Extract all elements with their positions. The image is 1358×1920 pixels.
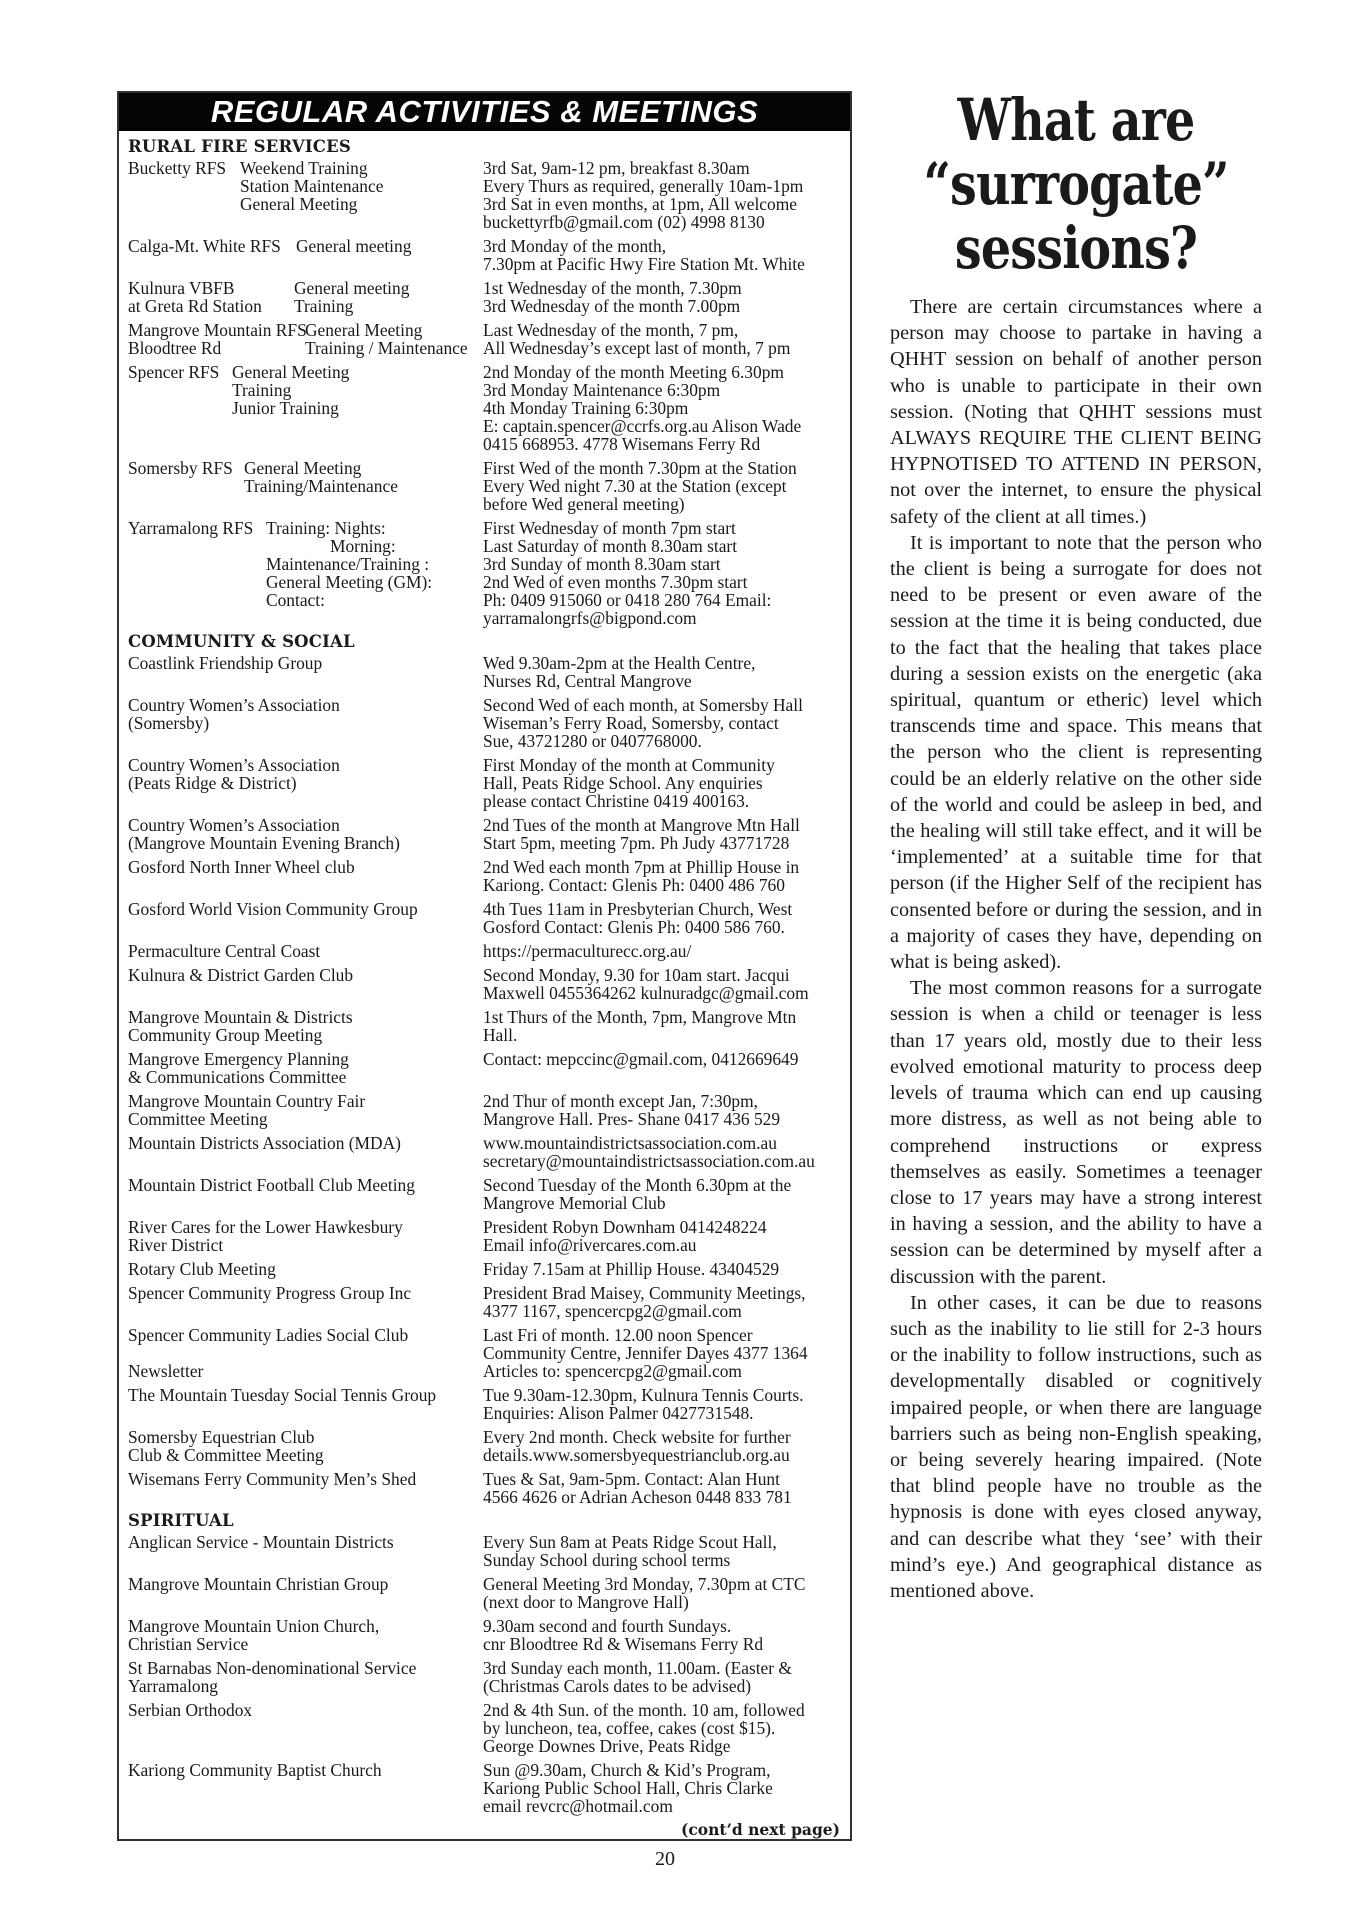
rfs-details: Last Wednesday of the month, 7 pm,All We… xyxy=(483,321,840,357)
listing-name: Gosford World Vision Community Group xyxy=(128,900,483,936)
detail: (Christmas Carols dates to be advised) xyxy=(483,1677,840,1695)
listing-name: Kulnura & District Garden Club xyxy=(128,966,483,1002)
detail: 3rd Wednesday of the month 7.00pm xyxy=(483,297,840,315)
name-line: (Mangrove Mountain Evening Branch) xyxy=(128,834,483,852)
listing-row: Kariong Community Baptist ChurchSun @9.3… xyxy=(128,1761,840,1815)
name-line: Kulnura & District Garden Club xyxy=(128,966,483,984)
listing-name: Country Women’s Association(Mangrove Mou… xyxy=(128,816,483,852)
detail: Friday 7.15am at Phillip House. 43404529 xyxy=(483,1260,840,1278)
listing-details: Sun @9.30am, Church & Kid’s Program,Kari… xyxy=(483,1761,840,1815)
rfs-activities: General MeetingTrainingJunior Training xyxy=(232,363,349,453)
detail: Enquiries: Alison Palmer 0427731548. xyxy=(483,1404,840,1422)
article-paragraph: There are certain circumstances where a … xyxy=(890,294,1262,530)
detail: E: captain.spencer@ccrfs.org.au Alison W… xyxy=(483,417,840,435)
listing-row: Spencer Community Progress Group IncPres… xyxy=(128,1284,840,1320)
detail: Last Wednesday of the month, 7 pm, xyxy=(483,321,840,339)
rfs-activities: Training: Nights:Morning:Maintenance/Tra… xyxy=(266,519,432,627)
rfs-left: Yarramalong RFSTraining: Nights:Morning:… xyxy=(128,519,483,627)
name-line: Mangrove Emergency Planning xyxy=(128,1050,483,1068)
name-line: Wisemans Ferry Community Men’s Shed xyxy=(128,1470,483,1488)
article-paragraph: In other cases, it can be due to reasons… xyxy=(890,1290,1262,1604)
detail: Maxwell 0455364262 kulnuradgc@gmail.com xyxy=(483,984,840,1002)
name-line: Mangrove Mountain Christian Group xyxy=(128,1575,483,1593)
rfs-left: Somersby RFSGeneral MeetingTraining/Main… xyxy=(128,459,483,513)
detail: www.mountaindistrictsassociation.com.au xyxy=(483,1134,840,1152)
activity: Contact: xyxy=(266,591,432,609)
rfs-row: Yarramalong RFSTraining: Nights:Morning:… xyxy=(128,519,840,627)
detail: Email info@rivercares.com.au xyxy=(483,1236,840,1254)
name-line: Newsletter xyxy=(128,1362,483,1380)
detail: before Wed general meeting) xyxy=(483,495,840,513)
listing-name: Country Women’s Association(Somersby) xyxy=(128,696,483,750)
listing-details: President Brad Maisey, Community Meeting… xyxy=(483,1284,840,1320)
listing-row: Serbian Orthodox2nd & 4th Sun. of the mo… xyxy=(128,1701,840,1755)
detail: 2nd Wed of even months 7.30pm start xyxy=(483,573,840,591)
detail: Second Wed of each month, at Somersby Ha… xyxy=(483,696,840,714)
activity: General Meeting xyxy=(240,195,383,213)
org-name: Somersby RFS xyxy=(128,459,244,477)
detail: 7.30pm at Pacific Hwy Fire Station Mt. W… xyxy=(483,255,840,273)
org-name: Kulnura VBFB xyxy=(128,279,294,297)
detail: 3rd Sunday of month 8.30am start xyxy=(483,555,840,573)
detail: Wed 9.30am-2pm at the Health Centre, xyxy=(483,654,840,672)
detail: General Meeting 3rd Monday, 7.30pm at CT… xyxy=(483,1575,840,1593)
activity: Training: Nights: xyxy=(266,519,432,537)
listing-row: The Mountain Tuesday Social Tennis Group… xyxy=(128,1386,840,1422)
name-line: River District xyxy=(128,1236,483,1254)
detail: Last Saturday of month 8.30am start xyxy=(483,537,840,555)
name-line: & Communications Committee xyxy=(128,1068,483,1086)
detail: Second Monday, 9.30 for 10am start. Jacq… xyxy=(483,966,840,984)
article-paragraph: The most common reasons for a surrogate … xyxy=(890,975,1262,1289)
detail: Start 5pm, meeting 7pm. Ph Judy 43771728 xyxy=(483,834,840,852)
article: What are“surrogate”sessions? There are c… xyxy=(890,82,1262,1604)
listing-row: Coastlink Friendship GroupWed 9.30am-2pm… xyxy=(128,654,840,690)
listing-row: Rotary Club MeetingFriday 7.15am at Phil… xyxy=(128,1260,840,1278)
listing-name: River Cares for the Lower HawkesburyRive… xyxy=(128,1218,483,1254)
activity: Training/Maintenance xyxy=(244,477,398,495)
org-name: Spencer RFS xyxy=(128,363,232,381)
name-line: Country Women’s Association xyxy=(128,756,483,774)
listing-row: Spencer Community Ladies Social Club New… xyxy=(128,1326,840,1380)
listing-name: Mangrove Mountain Country FairCommittee … xyxy=(128,1092,483,1128)
page-number: 20 xyxy=(655,1848,675,1871)
detail: 4377 1167, spencercpg2@gmail.com xyxy=(483,1302,840,1320)
listing-details: Last Fri of month. 12.00 noon SpencerCom… xyxy=(483,1326,840,1380)
box-header: REGULAR ACTIVITIES & MEETINGS xyxy=(119,93,850,131)
detail: 3rd Monday Maintenance 6:30pm xyxy=(483,381,840,399)
listing-details: 2nd & 4th Sun. of the month. 10 am, foll… xyxy=(483,1701,840,1755)
name-line: Mountain Districts Association (MDA) xyxy=(128,1134,483,1152)
detail: 4th Monday Training 6:30pm xyxy=(483,399,840,417)
rfs-left: Spencer RFSGeneral MeetingTrainingJunior… xyxy=(128,363,483,453)
detail: Sue, 43721280 or 0407768000. xyxy=(483,732,840,750)
rfs-row: Spencer RFSGeneral MeetingTrainingJunior… xyxy=(128,363,840,453)
detail: Hall. xyxy=(483,1026,840,1044)
listing-row: Kulnura & District Garden ClubSecond Mon… xyxy=(128,966,840,1002)
rfs-org: Calga-Mt. White RFS xyxy=(128,237,296,273)
name-line xyxy=(128,1344,483,1362)
detail: Nurses Rd, Central Mangrove xyxy=(483,672,840,690)
detail: Sunday School during school terms xyxy=(483,1551,840,1569)
title-line: sessions? xyxy=(923,216,1228,280)
name-line: Spencer Community Ladies Social Club xyxy=(128,1326,483,1344)
listing-name: Mountain District Football Club Meeting xyxy=(128,1176,483,1212)
activity: General Meeting (GM): xyxy=(266,573,432,591)
detail: Last Fri of month. 12.00 noon Spencer xyxy=(483,1326,840,1344)
activity: Morning: xyxy=(266,537,432,555)
detail: yarramalongrfs@bigpond.com xyxy=(483,609,840,627)
rfs-details: 2nd Monday of the month Meeting 6.30pm3r… xyxy=(483,363,840,453)
listing-row: Mangrove Mountain & DistrictsCommunity G… xyxy=(128,1008,840,1044)
rfs-row: Bucketty RFSWeekend TrainingStation Main… xyxy=(128,159,840,231)
listing-name: Mangrove Mountain Christian Group xyxy=(128,1575,483,1611)
detail: 2nd Thur of month except Jan, 7:30pm, xyxy=(483,1092,840,1110)
detail: 2nd Tues of the month at Mangrove Mtn Ha… xyxy=(483,816,840,834)
activity: General meeting xyxy=(294,279,409,297)
detail: email revcrc@hotmail.com xyxy=(483,1797,840,1815)
name-line: Rotary Club Meeting xyxy=(128,1260,483,1278)
name-line: Mangrove Mountain Country Fair xyxy=(128,1092,483,1110)
title-line: What are xyxy=(923,88,1228,152)
listing-row: Mountain District Football Club MeetingS… xyxy=(128,1176,840,1212)
name-line: Christian Service xyxy=(128,1635,483,1653)
name-line: Somersby Equestrian Club xyxy=(128,1428,483,1446)
rfs-left: Mangrove Mountain RFSBloodtree RdGeneral… xyxy=(128,321,483,357)
listing-name: St Barnabas Non-denominational ServiceYa… xyxy=(128,1659,483,1695)
section-title: RURAL FIRE SERVICES xyxy=(128,138,840,156)
listing-name: Country Women’s Association(Peats Ridge … xyxy=(128,756,483,810)
detail: 1st Thurs of the Month, 7pm, Mangrove Mt… xyxy=(483,1008,840,1026)
activity: General Meeting xyxy=(232,363,349,381)
name-line: Country Women’s Association xyxy=(128,816,483,834)
detail: 3rd Sat in even months, at 1pm, All welc… xyxy=(483,195,840,213)
detail: 2nd Monday of the month Meeting 6.30pm xyxy=(483,363,840,381)
rfs-row: Somersby RFSGeneral MeetingTraining/Main… xyxy=(128,459,840,513)
rfs-activities: Weekend TrainingStation MaintenanceGener… xyxy=(240,159,383,231)
activity: Weekend Training xyxy=(240,159,383,177)
detail: buckettyrfb@gmail.com (02) 4998 8130 xyxy=(483,213,840,231)
name-line: Community Group Meeting xyxy=(128,1026,483,1044)
listing-details: Tue 9.30am-12.30pm, Kulnura Tennis Court… xyxy=(483,1386,840,1422)
listing-name: The Mountain Tuesday Social Tennis Group xyxy=(128,1386,483,1422)
section-title: SPIRITUAL xyxy=(128,1512,840,1530)
listing-row: Country Women’s Association(Somersby)Sec… xyxy=(128,696,840,750)
listing-details: 1st Thurs of the Month, 7pm, Mangrove Mt… xyxy=(483,1008,840,1044)
name-line: Anglican Service - Mountain Districts xyxy=(128,1533,483,1551)
rfs-row: Kulnura VBFBat Greta Rd StationGeneral m… xyxy=(128,279,840,315)
listing-row: Gosford North Inner Wheel club2nd Wed ea… xyxy=(128,858,840,894)
article-body: There are certain circumstances where a … xyxy=(890,294,1262,1604)
detail: https://permaculturecc.org.au/ xyxy=(483,942,840,960)
listing-name: Serbian Orthodox xyxy=(128,1701,483,1755)
listing-details: 3rd Sunday each month, 11.00am. (Easter … xyxy=(483,1659,840,1695)
box-body: RURAL FIRE SERVICESBucketty RFSWeekend T… xyxy=(119,131,850,1839)
activity: Training / Maintenance xyxy=(305,339,468,357)
detail: Every 2nd month. Check website for furth… xyxy=(483,1428,840,1446)
detail: Kariong Public School Hall, Chris Clarke xyxy=(483,1779,840,1797)
org-name: Bucketty RFS xyxy=(128,159,240,177)
listing-details: Wed 9.30am-2pm at the Health Centre,Nurs… xyxy=(483,654,840,690)
detail: Wiseman’s Ferry Road, Somersby, contact xyxy=(483,714,840,732)
activity: Training xyxy=(294,297,409,315)
continued-note: (cont’d next page) xyxy=(128,1821,840,1839)
detail: 2nd Wed each month 7pm at Phillip House … xyxy=(483,858,840,876)
name-line: The Mountain Tuesday Social Tennis Group xyxy=(128,1386,483,1404)
name-line: Permaculture Central Coast xyxy=(128,942,483,960)
detail: First Monday of the month at Community xyxy=(483,756,840,774)
rfs-org: Kulnura VBFBat Greta Rd Station xyxy=(128,279,294,315)
name-line: Committee Meeting xyxy=(128,1110,483,1128)
listing-name: Rotary Club Meeting xyxy=(128,1260,483,1278)
name-line: River Cares for the Lower Hawkesbury xyxy=(128,1218,483,1236)
name-line: Coastlink Friendship Group xyxy=(128,654,483,672)
name-line: Mangrove Mountain Union Church, xyxy=(128,1617,483,1635)
listing-details: 9.30am second and fourth Sundays.cnr Blo… xyxy=(483,1617,840,1653)
listing-name: Anglican Service - Mountain Districts xyxy=(128,1533,483,1569)
name-line: Mangrove Mountain & Districts xyxy=(128,1008,483,1026)
rfs-activities: General MeetingTraining / Maintenance xyxy=(305,321,468,357)
detail: Articles to: spencercpg2@gmail.com xyxy=(483,1362,840,1380)
activity: Station Maintenance xyxy=(240,177,383,195)
detail: Mangrove Hall. Pres- Shane 0417 436 529 xyxy=(483,1110,840,1128)
org-name: at Greta Rd Station xyxy=(128,297,294,315)
detail: President Brad Maisey, Community Meeting… xyxy=(483,1284,840,1302)
listing-details: 4th Tues 11am in Presbyterian Church, We… xyxy=(483,900,840,936)
detail: President Robyn Downham 0414248224 xyxy=(483,1218,840,1236)
listing-details: Second Wed of each month, at Somersby Ha… xyxy=(483,696,840,750)
activities-box: REGULAR ACTIVITIES & MEETINGS RURAL FIRE… xyxy=(117,91,852,1841)
rfs-org: Bucketty RFS xyxy=(128,159,240,231)
listing-name: Mangrove Mountain Union Church,Christian… xyxy=(128,1617,483,1653)
listing-row: Gosford World Vision Community Group4th … xyxy=(128,900,840,936)
listing-row: Permaculture Central Coasthttps://permac… xyxy=(128,942,840,960)
listing-details: 2nd Tues of the month at Mangrove Mtn Ha… xyxy=(483,816,840,852)
listing-details: Second Tuesday of the Month 6.30pm at th… xyxy=(483,1176,840,1212)
rfs-activities: General meetingTraining xyxy=(294,279,409,315)
listing-row: Wisemans Ferry Community Men’s ShedTues … xyxy=(128,1470,840,1506)
title-line: “surrogate” xyxy=(923,152,1228,216)
detail: First Wed of the month 7.30pm at the Sta… xyxy=(483,459,840,477)
section-title: COMMUNITY & SOCIAL xyxy=(128,633,840,651)
name-line: Kariong Community Baptist Church xyxy=(128,1761,483,1779)
activity: Maintenance/Training : xyxy=(266,555,432,573)
listing-row: Mangrove Mountain Country FairCommittee … xyxy=(128,1092,840,1128)
org-name: Yarramalong RFS xyxy=(128,519,266,537)
rfs-details: 1st Wednesday of the month, 7.30pm3rd We… xyxy=(483,279,840,315)
listing-name: Permaculture Central Coast xyxy=(128,942,483,960)
listing-details: Friday 7.15am at Phillip House. 43404529 xyxy=(483,1260,840,1278)
detail: (next door to Mangrove Hall) xyxy=(483,1593,840,1611)
listing-details: 2nd Thur of month except Jan, 7:30pm,Man… xyxy=(483,1092,840,1128)
listing-name: Mangrove Mountain & DistrictsCommunity G… xyxy=(128,1008,483,1044)
listing-name: Kariong Community Baptist Church xyxy=(128,1761,483,1815)
listing-details: https://permaculturecc.org.au/ xyxy=(483,942,840,960)
detail: Ph: 0409 915060 or 0418 280 764 Email: xyxy=(483,591,840,609)
name-line: (Somersby) xyxy=(128,714,483,732)
detail: George Downes Drive, Peats Ridge xyxy=(483,1737,840,1755)
detail: 3rd Sat, 9am-12 pm, breakfast 8.30am xyxy=(483,159,840,177)
name-line: Club & Committee Meeting xyxy=(128,1446,483,1464)
detail: Contact: mepccinc@gmail.com, 0412669649 xyxy=(483,1050,840,1068)
listing-row: Mangrove Mountain Union Church,Christian… xyxy=(128,1617,840,1653)
activity: General Meeting xyxy=(305,321,468,339)
name-line: Serbian Orthodox xyxy=(128,1701,483,1719)
detail: Sun @9.30am, Church & Kid’s Program, xyxy=(483,1761,840,1779)
listing-details: Every 2nd month. Check website for furth… xyxy=(483,1428,840,1464)
detail: 2nd & 4th Sun. of the month. 10 am, foll… xyxy=(483,1701,840,1719)
rfs-org: Yarramalong RFS xyxy=(128,519,266,627)
rfs-activities: General meeting xyxy=(296,237,411,273)
listing-row: Country Women’s Association(Peats Ridge … xyxy=(128,756,840,810)
rfs-row: Mangrove Mountain RFSBloodtree RdGeneral… xyxy=(128,321,840,357)
detail: Tues & Sat, 9am-5pm. Contact: Alan Hunt xyxy=(483,1470,840,1488)
listing-details: Every Sun 8am at Peats Ridge Scout Hall,… xyxy=(483,1533,840,1569)
name-line: Spencer Community Progress Group Inc xyxy=(128,1284,483,1302)
detail: Gosford Contact: Glenis Ph: 0400 586 760… xyxy=(483,918,840,936)
rfs-details: 3rd Sat, 9am-12 pm, breakfast 8.30amEver… xyxy=(483,159,840,231)
detail: Every Thurs as required, generally 10am-… xyxy=(483,177,840,195)
detail: 0415 668953. 4778 Wisemans Ferry Rd xyxy=(483,435,840,453)
detail: Tue 9.30am-12.30pm, Kulnura Tennis Court… xyxy=(483,1386,840,1404)
detail: 9.30am second and fourth Sundays. xyxy=(483,1617,840,1635)
listing-details: First Monday of the month at CommunityHa… xyxy=(483,756,840,810)
detail: First Wednesday of month 7pm start xyxy=(483,519,840,537)
activity: General meeting xyxy=(296,237,411,255)
listing-details: President Robyn Downham 0414248224 Email… xyxy=(483,1218,840,1254)
name-line: Country Women’s Association xyxy=(128,696,483,714)
name-line: (Peats Ridge & District) xyxy=(128,774,483,792)
detail: Kariong. Contact: Glenis Ph: 0400 486 76… xyxy=(483,876,840,894)
name-line: Gosford World Vision Community Group xyxy=(128,900,483,918)
rfs-row: Calga-Mt. White RFSGeneral meeting3rd Mo… xyxy=(128,237,840,273)
name-line: Yarramalong xyxy=(128,1677,483,1695)
detail: Every Wed night 7.30 at the Station (exc… xyxy=(483,477,840,495)
detail: Second Tuesday of the Month 6.30pm at th… xyxy=(483,1176,840,1194)
detail: Mangrove Memorial Club xyxy=(483,1194,840,1212)
listing-name: Gosford North Inner Wheel club xyxy=(128,858,483,894)
rfs-left: Bucketty RFSWeekend TrainingStation Main… xyxy=(128,159,483,231)
listing-name: Spencer Community Progress Group Inc xyxy=(128,1284,483,1320)
listing-row: Country Women’s Association(Mangrove Mou… xyxy=(128,816,840,852)
detail: secretary@mountaindistrictsassociation.c… xyxy=(483,1152,840,1170)
listing-row: Mangrove Mountain Christian GroupGeneral… xyxy=(128,1575,840,1611)
listing-name: Spencer Community Ladies Social Club New… xyxy=(128,1326,483,1380)
rfs-org: Mangrove Mountain RFSBloodtree Rd xyxy=(128,321,305,357)
listing-details: Tues & Sat, 9am-5pm. Contact: Alan Hunt4… xyxy=(483,1470,840,1506)
detail: cnr Bloodtree Rd & Wisemans Ferry Rd xyxy=(483,1635,840,1653)
listing-name: Somersby Equestrian ClubClub & Committee… xyxy=(128,1428,483,1464)
detail: please contact Christine 0419 400163. xyxy=(483,792,840,810)
listing-details: 2nd Wed each month 7pm at Phillip House … xyxy=(483,858,840,894)
rfs-org: Spencer RFS xyxy=(128,363,232,453)
rfs-details: 3rd Monday of the month,7.30pm at Pacifi… xyxy=(483,237,840,273)
detail: details.www.somersbyequestrianclub.org.a… xyxy=(483,1446,840,1464)
activity: Training xyxy=(232,381,349,399)
listing-details: www.mountaindistrictsassociation.com.aus… xyxy=(483,1134,840,1170)
listing-name: Mangrove Emergency Planning& Communicati… xyxy=(128,1050,483,1086)
listing-row: Mangrove Emergency Planning& Communicati… xyxy=(128,1050,840,1086)
detail: All Wednesday’s except last of month, 7 … xyxy=(483,339,840,357)
listing-name: Mountain Districts Association (MDA) xyxy=(128,1134,483,1170)
listing-row: Mountain Districts Association (MDA)www.… xyxy=(128,1134,840,1170)
activity: Junior Training xyxy=(232,399,349,417)
listing-row: Anglican Service - Mountain DistrictsEve… xyxy=(128,1533,840,1569)
org-name: Mangrove Mountain RFS xyxy=(128,321,305,339)
name-line: St Barnabas Non-denominational Service xyxy=(128,1659,483,1677)
listing-row: Somersby Equestrian ClubClub & Committee… xyxy=(128,1428,840,1464)
detail: 1st Wednesday of the month, 7.30pm xyxy=(483,279,840,297)
listing-name: Coastlink Friendship Group xyxy=(128,654,483,690)
name-line: Mountain District Football Club Meeting xyxy=(128,1176,483,1194)
listing-row: St Barnabas Non-denominational ServiceYa… xyxy=(128,1659,840,1695)
article-title: What are“surrogate”sessions? xyxy=(923,88,1228,280)
detail: Community Centre, Jennifer Dayes 4377 13… xyxy=(483,1344,840,1362)
listing-row: River Cares for the Lower HawkesburyRive… xyxy=(128,1218,840,1254)
rfs-details: First Wednesday of month 7pm startLast S… xyxy=(483,519,840,627)
detail: Every Sun 8am at Peats Ridge Scout Hall, xyxy=(483,1533,840,1551)
rfs-left: Calga-Mt. White RFSGeneral meeting xyxy=(128,237,483,273)
listing-details: Contact: mepccinc@gmail.com, 0412669649 xyxy=(483,1050,840,1086)
detail: 4566 4626 or Adrian Acheson 0448 833 781 xyxy=(483,1488,840,1506)
listing-details: General Meeting 3rd Monday, 7.30pm at CT… xyxy=(483,1575,840,1611)
activity: General Meeting xyxy=(244,459,398,477)
detail: 3rd Monday of the month, xyxy=(483,237,840,255)
rfs-left: Kulnura VBFBat Greta Rd StationGeneral m… xyxy=(128,279,483,315)
org-name: Bloodtree Rd xyxy=(128,339,305,357)
listing-name: Wisemans Ferry Community Men’s Shed xyxy=(128,1470,483,1506)
detail: by luncheon, tea, coffee, cakes (cost $1… xyxy=(483,1719,840,1737)
detail: 4th Tues 11am in Presbyterian Church, We… xyxy=(483,900,840,918)
detail: Hall, Peats Ridge School. Any enquiries xyxy=(483,774,840,792)
detail: 3rd Sunday each month, 11.00am. (Easter … xyxy=(483,1659,840,1677)
article-paragraph: It is important to note that the person … xyxy=(890,530,1262,975)
name-line: Gosford North Inner Wheel club xyxy=(128,858,483,876)
rfs-activities: General MeetingTraining/Maintenance xyxy=(244,459,398,513)
listing-details: Second Monday, 9.30 for 10am start. Jacq… xyxy=(483,966,840,1002)
rfs-org: Somersby RFS xyxy=(128,459,244,513)
rfs-details: First Wed of the month 7.30pm at the Sta… xyxy=(483,459,840,513)
org-name: Calga-Mt. White RFS xyxy=(128,237,296,255)
